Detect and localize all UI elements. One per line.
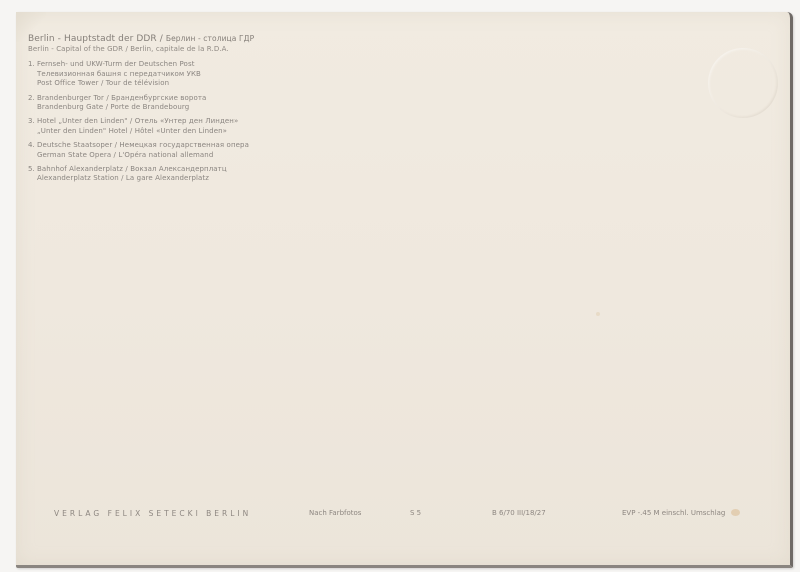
caption-subtitle: Berlin - Capital of the GDR / Berlin, ca…	[28, 45, 254, 54]
publisher-name: VERLAG FELIX SETECKI BERLIN	[54, 509, 251, 518]
caption-title: Berlin - Hauptstadt der DDR / Берлин - с…	[28, 33, 254, 45]
item-line: Телевизионная башня с передатчиком УКВ	[37, 70, 201, 78]
item-number: 5.	[28, 165, 35, 174]
stain-spot	[596, 312, 600, 316]
caption-item-1: 1.Fernseh- und UKW-Turm der Deutschen Po…	[28, 60, 254, 88]
title-fr: Berlin, capitale de la R.D.A.	[130, 45, 228, 53]
caption-block: Berlin - Hauptstadt der DDR / Берлин - с…	[28, 33, 254, 189]
title-de: Berlin - Hauptstadt der DDR	[28, 34, 157, 44]
caption-item-5: 5.Bahnhof Alexanderplatz / Вокзал Алекса…	[28, 165, 254, 184]
item-line: Fernseh- und UKW-Turm der Deutschen Post	[37, 60, 195, 68]
item-line: Brandenburg Gate / Porte de Brandebourg	[37, 103, 189, 111]
publisher-footer: VERLAG FELIX SETECKI BERLIN Nach Farbfot…	[0, 509, 800, 521]
item-line: Post Office Tower / Tour de télévision	[37, 79, 169, 87]
caption-item-4: 4.Deutsche Staatsoper / Немецкая государ…	[28, 141, 254, 160]
item-number: 4.	[28, 141, 35, 150]
embossed-stamp-mark	[708, 48, 778, 118]
item-number: 2.	[28, 94, 35, 103]
caption-item-3: 3.Hotel „Unter den Linden" / Отель «Унте…	[28, 117, 254, 136]
item-number: 1.	[28, 60, 35, 69]
caption-item-2: 2.Brandenburger Tor / Бранденбургские во…	[28, 94, 254, 113]
price-note: EVP -.45 M einschl. Umschlag	[622, 509, 725, 517]
title-ru: Берлин - столица ГДР	[166, 34, 254, 43]
item-line: Deutsche Staatsoper / Немецкая государст…	[37, 141, 249, 149]
item-line: Alexanderplatz Station / La gare Alexand…	[37, 174, 209, 182]
photo-source: Nach Farbfotos	[309, 509, 361, 517]
item-number: 3.	[28, 117, 35, 126]
title-en: Berlin - Capital of the GDR	[28, 45, 123, 53]
series-number: S 5	[410, 509, 421, 517]
item-line: „Unter den Linden" Hotel / Hôtel «Unter …	[37, 127, 227, 135]
item-line: Brandenburger Tor / Бранденбургские воро…	[37, 94, 206, 102]
item-line: German State Opera / L'Opéra national al…	[37, 151, 213, 159]
print-code: B 6/70 III/18/27	[492, 509, 546, 517]
item-line: Hotel „Unter den Linden" / Отель «Унтер …	[37, 117, 238, 125]
item-line: Bahnhof Alexanderplatz / Вокзал Александ…	[37, 165, 227, 173]
